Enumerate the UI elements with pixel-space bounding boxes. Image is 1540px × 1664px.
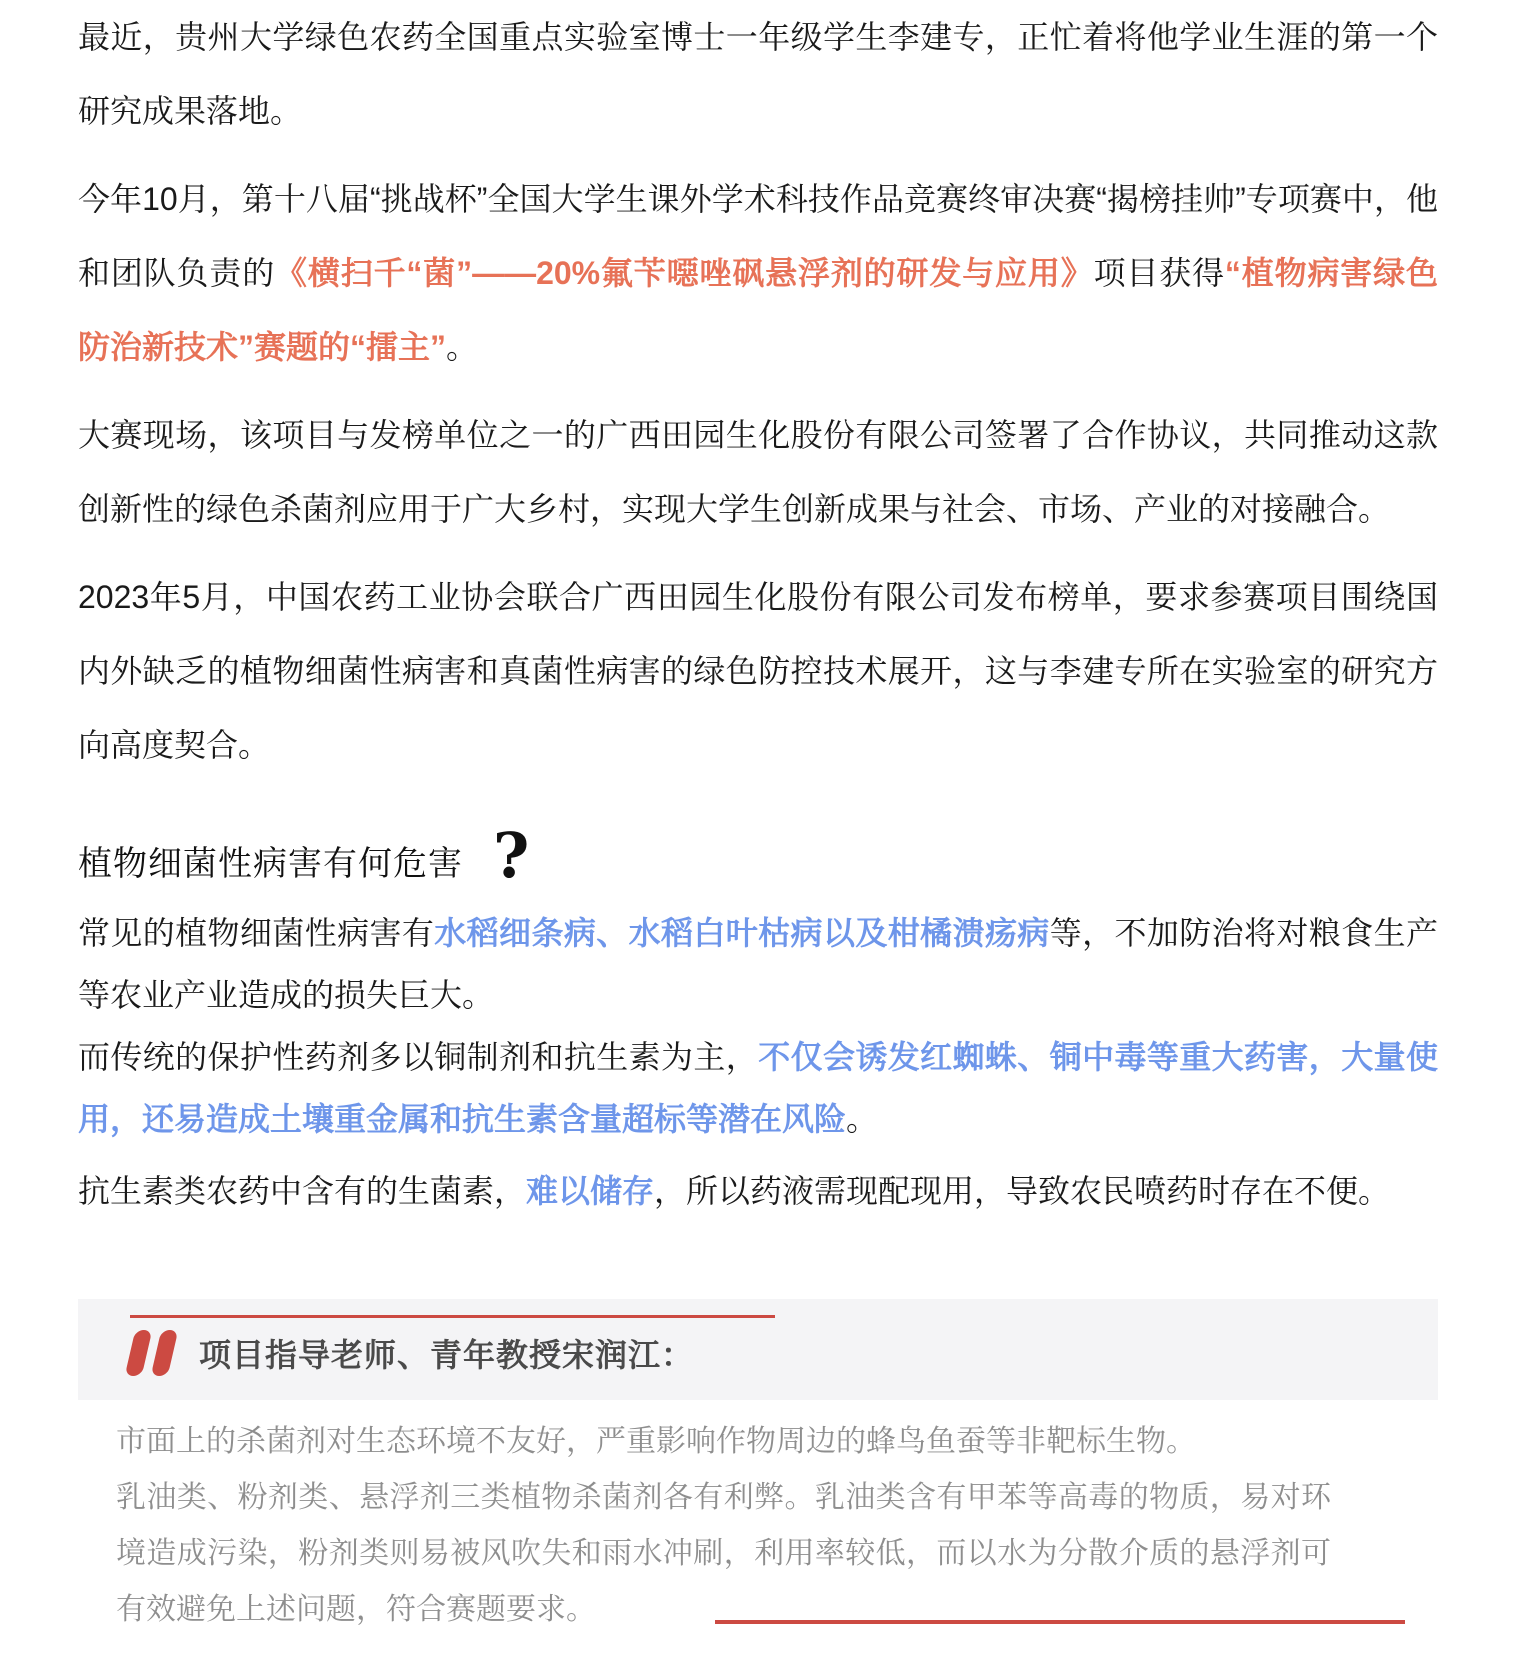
quote-body: 市面上的杀菌剂对生态环境不友好，严重影响作物周边的蜂鸟鱼蚕等非靶标生物。 乳油类…: [78, 1414, 1331, 1638]
article-paragraph: 常见的植物细菌性病害有水稻细条病、水稻白叶枯病以及柑橘溃疡病等，不加防治将对粮食…: [78, 902, 1438, 1026]
quote-header-row: 项目指导老师、青年教授宋润江：: [130, 1330, 1438, 1376]
text-segment: 而传统的保护性药剂多以铜制剂和抗生素为主，: [78, 1039, 758, 1075]
article-paragraph: 2023年5月，中国农药工业协会联合广西田园生化股份有限公司发布榜单，要求参赛项…: [78, 560, 1438, 782]
article-body: 最近，贵州大学绿色农药全国重点实验室博士一年级学生李建专，正忙着将他学业生涯的第…: [0, 0, 1540, 1664]
article-paragraph: 而传统的保护性药剂多以铜制剂和抗生素为主，不仅会诱发红蜘蛛、铜中毒等重大药害，大…: [78, 1026, 1438, 1150]
article-paragraph: 抗生素类农药中含有的生菌素，难以储存，所以药液需现配现用，导致农民喷药时存在不便…: [78, 1160, 1438, 1222]
quote-paragraph: 市面上的杀菌剂对生态环境不友好，严重影响作物周边的蜂鸟鱼蚕等非靶标生物。: [116, 1414, 1331, 1470]
text-segment: 最近，贵州大学绿色农药全国重点实验室博士一年级学生李建专，正忙着将他学业生涯的第…: [78, 19, 1438, 129]
disease-names-highlight: 水稻细条病、水稻白叶枯病以及柑橘溃疡病: [434, 915, 1049, 951]
text-segment: 抗生素类农药中含有的生菌素，: [78, 1173, 526, 1209]
section-heading-text: 植物细菌性病害有何危害: [78, 836, 463, 885]
text-segment: 2023年5月，中国农药工业协会联合广西田园生化股份有限公司发布榜单，要求参赛项…: [78, 579, 1438, 763]
project-title-highlight: 《横扫千“菌”——20%氟苄噁唑砜悬浮剂的研发与应用》: [275, 255, 1094, 291]
question-mark-icon: ?: [493, 825, 529, 887]
quote-paragraph: 乳油类、粉剂类、悬浮剂三类植物杀菌剂各有利弊。乳油类含有甲苯等高毒的物质，易对环…: [116, 1470, 1331, 1638]
text-segment: ，所以药液需现配现用，导致农民喷药时存在不便。: [654, 1173, 1390, 1209]
text-segment: 。: [446, 329, 478, 365]
text-segment: 项目获得: [1094, 255, 1225, 291]
quote-header-band: 项目指导老师、青年教授宋润江：: [78, 1299, 1438, 1400]
double-quote-icon: [130, 1330, 173, 1376]
article-paragraph: 今年10月，第十八届“挑战杯”全国大学生课外学术科技作品竞赛终审决赛“揭榜挂帅”…: [78, 162, 1438, 384]
quote-card: 项目指导老师、青年教授宋润江： 市面上的杀菌剂对生态环境不友好，严重影响作物周边…: [78, 1299, 1438, 1624]
quote-top-line: [130, 1315, 775, 1318]
text-segment: 。: [846, 1101, 878, 1137]
article-paragraph: 大赛现场，该项目与发榜单位之一的广西田园生化股份有限公司签署了合作协议，共同推动…: [78, 398, 1438, 546]
text-segment: 常见的植物细菌性病害有: [78, 915, 434, 951]
quote-bottom-line: [715, 1620, 1405, 1624]
storage-highlight: 难以储存: [526, 1173, 654, 1209]
quote-header-text: 项目指导老师、青年教授宋润江：: [199, 1330, 694, 1376]
article-paragraph: 最近，贵州大学绿色农药全国重点实验室博士一年级学生李建专，正忙着将他学业生涯的第…: [78, 0, 1438, 148]
section-heading: 植物细菌性病害有何危害 ?: [78, 818, 1438, 902]
text-segment: 大赛现场，该项目与发榜单位之一的广西田园生化股份有限公司签署了合作协议，共同推动…: [78, 417, 1438, 527]
